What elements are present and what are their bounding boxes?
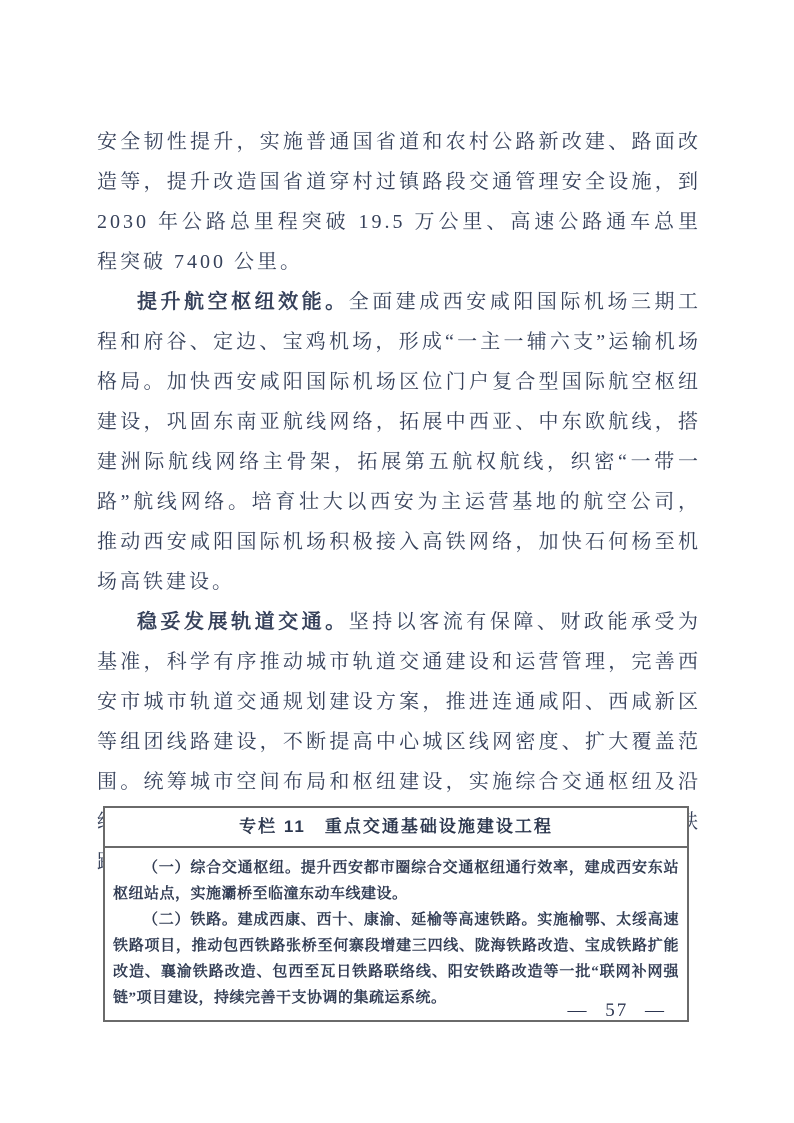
paragraph-text: 安全韧性提升，实施普通国省道和农村公路新改建、路面改造等，提升改造国省道穿村过镇… — [97, 131, 701, 273]
paragraph-lead: 稳妥发展轨道交通。 — [137, 611, 349, 633]
document-page: 安全韧性提升，实施普通国省道和农村公路新改建、路面改造等，提升改造国省道穿村过镇… — [0, 0, 794, 1123]
page-content: 安全韧性提升，实施普通国省道和农村公路新改建、路面改造等，提升改造国省道穿村过镇… — [97, 122, 701, 882]
paragraph-aviation-hub: 提升航空枢纽效能。全面建成西安咸阳国际机场三期工程和府谷、定边、宝鸡机场，形成“… — [97, 282, 701, 602]
page-number: — 57 — — [568, 1000, 667, 1022]
callout-box-item-railway: （二）铁路。建成西康、西十、康渝、延榆等高速铁路。实施榆鄂、太绥高速铁路项目，推… — [113, 907, 679, 1011]
paragraph-road-safety: 安全韧性提升，实施普通国省道和农村公路新改建、路面改造等，提升改造国省道穿村过镇… — [97, 122, 701, 282]
callout-box-item-hub: （一）综合交通枢纽。提升西安都市圈综合交通枢纽通行效率，建成西安东站枢纽站点，实… — [113, 855, 679, 907]
callout-box-key-projects: 专栏 11 重点交通基础设施建设工程 （一）综合交通枢纽。提升西安都市圈综合交通… — [103, 806, 689, 1022]
callout-box-body: （一）综合交通枢纽。提升西安都市圈综合交通枢纽通行效率，建成西安东站枢纽站点，实… — [105, 848, 687, 1020]
paragraph-text: 全面建成西安咸阳国际机场三期工程和府谷、定边、宝鸡机场，形成“一主一辅六支”运输… — [97, 291, 701, 593]
paragraph-lead: 提升航空枢纽效能。 — [137, 291, 349, 313]
callout-box-title: 专栏 11 重点交通基础设施建设工程 — [105, 808, 687, 848]
